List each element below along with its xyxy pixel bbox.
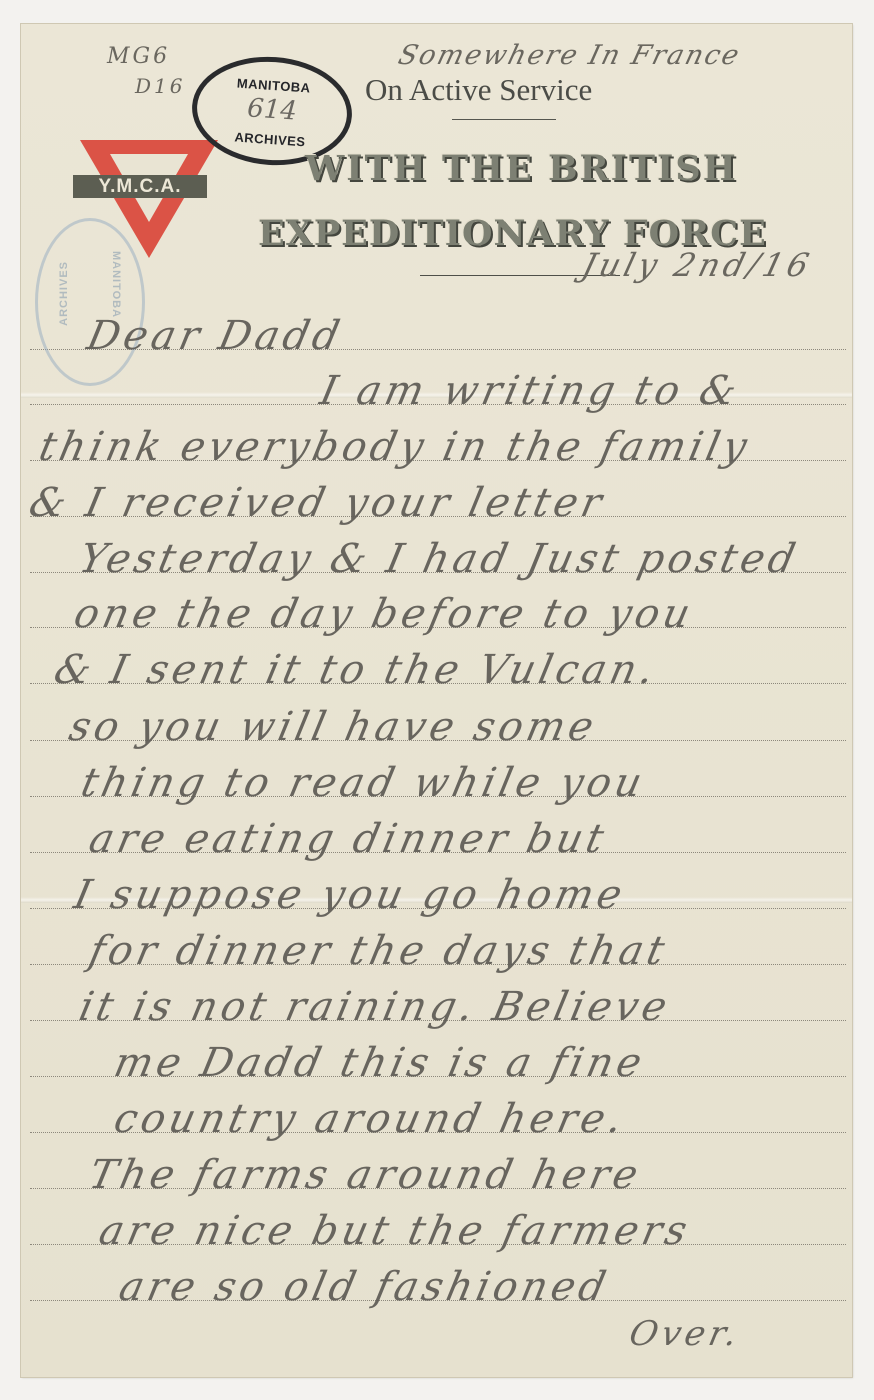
archive-reference-d: D16 [135,74,185,98]
faded-stamp-text-right: MANITOBA [110,251,122,318]
letter-line: I suppose you go home [71,875,630,915]
ymca-logo-band: Y.M.C.A. [73,175,207,198]
letter-line: are nice but the farmers [96,1211,695,1251]
letterhead-divider [452,119,556,120]
letter-line: country around here. [111,1099,630,1139]
letter-line: so you will have some [66,707,601,747]
letter-line: The farms around here [86,1155,645,1195]
letter-line: think everybody in the family [36,427,754,467]
letter-line: Yesterday & I had Just posted [76,539,803,579]
letter-line: & I received your letter [26,483,609,523]
letterhead-with-the-british: WITH THE BRITISH [305,148,738,189]
ymca-triangle-icon [80,140,218,260]
handwritten-date: July 2nd/16 [578,246,816,284]
letter-line: are so old fashioned [116,1267,613,1307]
letter-paper: MG6 D16 ARCHIVES MANITOBA Y.M.C.A. MANIT… [21,24,852,1377]
letter-line: for dinner the days that [86,931,672,971]
letter-line: Dear Dadd [84,316,347,356]
letter-line: & I sent it to the Vulcan. [51,650,661,690]
letter-over-note: Over. [626,1314,745,1354]
letter-line: it is not raining. Believe [76,987,674,1027]
letter-line: are eating dinner but [86,819,611,859]
archive-reference-mg: MG6 [107,44,170,69]
letter-line: one the day before to you [71,594,698,634]
letterhead-on-active-service: On Active Service [365,72,592,108]
letter-line: thing to read while you [78,763,649,803]
letter-line: I am writing to & [317,371,744,411]
faded-stamp-text-left: ARCHIVES [58,261,70,326]
letter-line: me Dadd this is a fine [111,1043,649,1083]
handwritten-location: Somewhere In France [395,40,744,71]
